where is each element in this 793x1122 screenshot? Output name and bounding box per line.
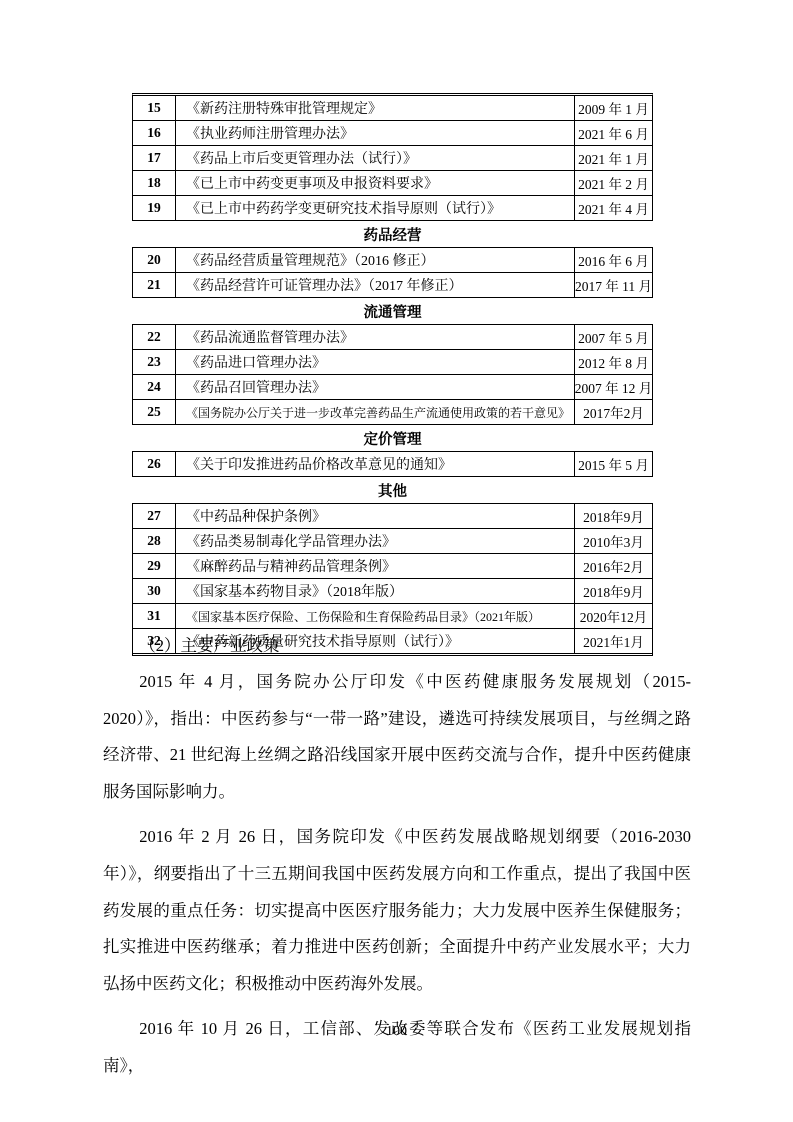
table-row: 25《国务院办公厅关于进一步改革完善药品生产流通使用政策的若干意见》2017年2…	[133, 400, 652, 425]
regulation-title-cell: 《药品召回管理办法》	[176, 375, 575, 399]
body-paragraph: 2016 年 10 月 26 日，工信部、发改委等联合发布《医药工业发展规划指南…	[103, 1011, 691, 1084]
regulation-title-cell: 《关于印发推进药品价格改革意见的通知》	[176, 452, 575, 476]
regulation-title-cell: 《药品进口管理办法》	[176, 350, 575, 374]
row-number-cell: 28	[133, 529, 176, 553]
issue-date-cell: 2021 年 2 月	[575, 171, 652, 195]
row-number-cell: 29	[133, 554, 176, 578]
body-paragraph: 2015 年 4 月，国务院办公厅印发《中医药健康服务发展规划（2015-202…	[103, 664, 691, 810]
issue-date-cell: 2016 年 6 月	[575, 248, 652, 272]
regulation-table: 15《新药注册特殊审批管理规定》2009 年 1 月16《执业药师注册管理办法》…	[132, 93, 653, 656]
document-page: 15《新药注册特殊审批管理规定》2009 年 1 月16《执业药师注册管理办法》…	[0, 0, 793, 1122]
row-number-cell: 27	[133, 504, 176, 528]
row-number-cell: 17	[133, 146, 176, 170]
regulation-title-cell: 《药品上市后变更管理办法（试行）》	[176, 146, 575, 170]
regulation-title-cell: 《已上市中药变更事项及申报资料要求》	[176, 171, 575, 195]
issue-date-cell: 2018年9月	[575, 504, 652, 528]
issue-date-cell: 2007 年 12 月	[575, 375, 652, 399]
regulation-title-cell: 《已上市中药药学变更研究技术指导原则（试行）》	[176, 196, 575, 220]
issue-date-cell: 2021 年 1 月	[575, 146, 652, 170]
issue-date-cell: 2012 年 8 月	[575, 350, 652, 374]
regulation-title-cell: 《国家基本药物目录》（2018年版）	[176, 579, 575, 603]
row-number-cell: 23	[133, 350, 176, 374]
table-section-header: 定价管理	[132, 425, 653, 451]
regulation-title-cell: 《药品流通监督管理办法》	[176, 325, 575, 349]
table-section-header: 流通管理	[132, 298, 653, 324]
row-number-cell: 25	[133, 400, 176, 424]
table-row: 31《国家基本医疗保险、工伤保险和生育保险药品目录》（2021年版）2020年1…	[133, 604, 652, 629]
row-number-cell: 16	[133, 121, 176, 145]
issue-date-cell: 2009 年 1 月	[575, 96, 652, 120]
regulation-title-cell: 《药品经营质量管理规范》（2016 修正）	[176, 248, 575, 272]
table-row: 19《已上市中药药学变更研究技术指导原则（试行）》2021 年 4 月	[133, 196, 652, 221]
regulation-title-cell: 《药品经营许可证管理办法》（2017 年修正）	[176, 273, 575, 297]
issue-date-cell: 2015 年 5 月	[575, 452, 652, 476]
issue-date-cell: 2017 年 11 月	[575, 273, 652, 297]
row-number-cell: 21	[133, 273, 176, 297]
row-number-cell: 19	[133, 196, 176, 220]
page-number: 100	[0, 1024, 793, 1040]
issue-date-cell: 2017年2月	[575, 400, 652, 424]
regulation-title-cell: 《中药品种保护条例》	[176, 504, 575, 528]
table-section-header: 其他	[132, 477, 653, 503]
table-row: 28《药品类易制毒化学品管理办法》2010年3月	[133, 529, 652, 554]
issue-date-cell: 2020年12月	[575, 604, 652, 628]
table-row: 15《新药注册特殊审批管理规定》2009 年 1 月	[133, 96, 652, 121]
table-section-block: 15《新药注册特殊审批管理规定》2009 年 1 月16《执业药师注册管理办法》…	[132, 93, 653, 221]
table-row: 16《执业药师注册管理办法》2021 年 6 月	[133, 121, 652, 146]
table-row: 27《中药品种保护条例》2018年9月	[133, 504, 652, 529]
table-row: 26《关于印发推进药品价格改革意见的通知》2015 年 5 月	[133, 452, 652, 477]
issue-date-cell: 2016年2月	[575, 554, 652, 578]
section-heading: （2）主要产业政策	[103, 629, 691, 663]
regulation-title-cell: 《国务院办公厅关于进一步改革完善药品生产流通使用政策的若干意见》	[176, 400, 575, 424]
issue-date-cell: 2010年3月	[575, 529, 652, 553]
row-number-cell: 20	[133, 248, 176, 272]
table-row: 29《麻醉药品与精神药品管理条例》2016年2月	[133, 554, 652, 579]
table-row: 21《药品经营许可证管理办法》（2017 年修正）2017 年 11 月	[133, 273, 652, 298]
row-number-cell: 22	[133, 325, 176, 349]
table-section-block: 22《药品流通监督管理办法》2007 年 5 月23《药品进口管理办法》2012…	[132, 324, 653, 425]
table-row: 24《药品召回管理办法》2007 年 12 月	[133, 375, 652, 400]
regulation-title-cell: 《执业药师注册管理办法》	[176, 121, 575, 145]
table-row: 22《药品流通监督管理办法》2007 年 5 月	[133, 325, 652, 350]
issue-date-cell: 2018年9月	[575, 579, 652, 603]
table-section-block: 20《药品经营质量管理规范》（2016 修正）2016 年 6 月21《药品经营…	[132, 247, 653, 298]
regulation-title-cell: 《国家基本医疗保险、工伤保险和生育保险药品目录》（2021年版）	[176, 604, 575, 628]
table-section-header: 药品经营	[132, 221, 653, 247]
issue-date-cell: 2021 年 6 月	[575, 121, 652, 145]
table-row: 20《药品经营质量管理规范》（2016 修正）2016 年 6 月	[133, 248, 652, 273]
table-row: 30《国家基本药物目录》（2018年版）2018年9月	[133, 579, 652, 604]
row-number-cell: 15	[133, 96, 176, 120]
issue-date-cell: 2007 年 5 月	[575, 325, 652, 349]
row-number-cell: 31	[133, 604, 176, 628]
row-number-cell: 24	[133, 375, 176, 399]
table-section-block: 26《关于印发推进药品价格改革意见的通知》2015 年 5 月	[132, 451, 653, 477]
table-row: 17《药品上市后变更管理办法（试行）》2021 年 1 月	[133, 146, 652, 171]
row-number-cell: 30	[133, 579, 176, 603]
body-paragraph: 2016 年 2 月 26 日，国务院印发《中医药发展战略规划纲要（2016-2…	[103, 819, 691, 1002]
body-paragraphs: 2015 年 4 月，国务院办公厅印发《中医药健康服务发展规划（2015-202…	[103, 664, 691, 1085]
table-row: 18《已上市中药变更事项及申报资料要求》2021 年 2 月	[133, 171, 652, 196]
row-number-cell: 26	[133, 452, 176, 476]
table-row: 23《药品进口管理办法》2012 年 8 月	[133, 350, 652, 375]
regulation-title-cell: 《药品类易制毒化学品管理办法》	[176, 529, 575, 553]
row-number-cell: 18	[133, 171, 176, 195]
regulation-title-cell: 《麻醉药品与精神药品管理条例》	[176, 554, 575, 578]
issue-date-cell: 2021 年 4 月	[575, 196, 652, 220]
regulation-title-cell: 《新药注册特殊审批管理规定》	[176, 96, 575, 120]
